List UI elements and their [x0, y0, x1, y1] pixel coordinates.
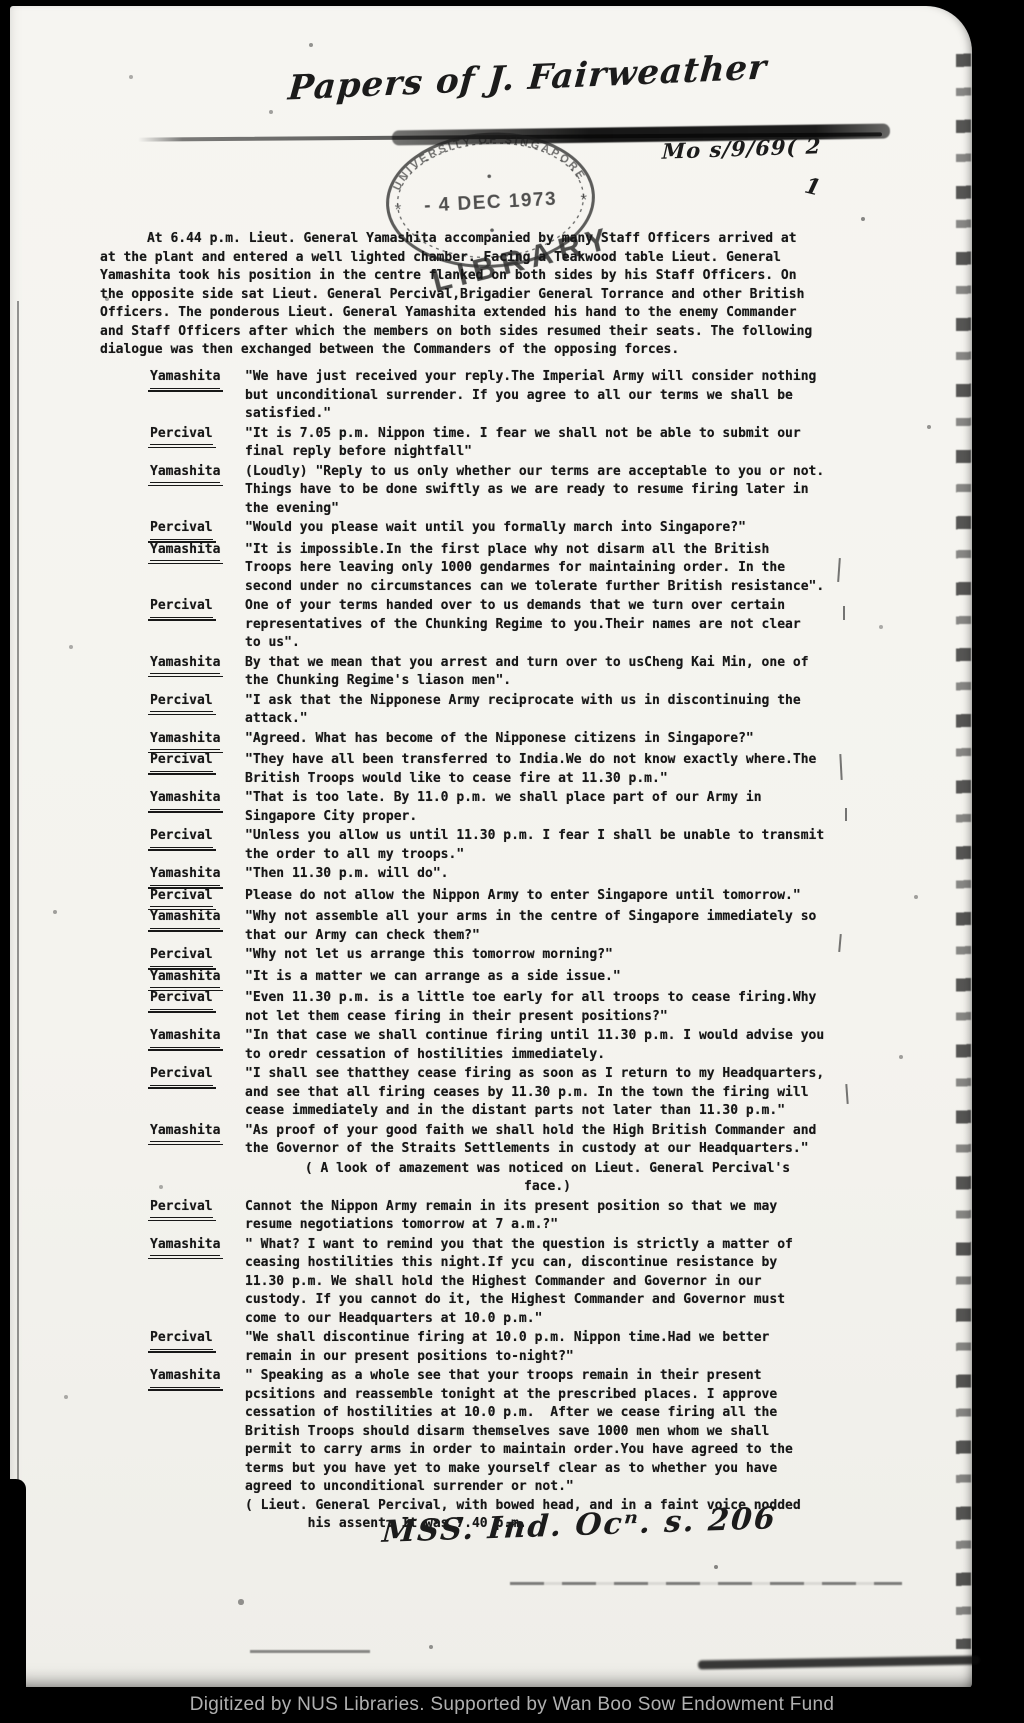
bottom-edge-smudge — [698, 1656, 980, 1670]
speaker-label: Percival — [150, 751, 245, 788]
speaker-label: Percival — [150, 425, 245, 462]
scanned-page-background: { "colors": { "background": "#000000", "… — [0, 0, 1024, 1723]
dialogue-row: PercivalCannot the Nippon Army remain in… — [150, 1198, 850, 1235]
dialogue-row: Percival"Even 11.30 p.m. is a little toe… — [150, 989, 850, 1026]
stamp-right-asterisk: * — [580, 190, 588, 209]
dialogue-text: "We have just received your reply.The Im… — [245, 368, 850, 424]
stamp-arc-text: UNIVERSITY OF SINGAPORE — [389, 129, 589, 193]
speaker-label: Percival — [150, 519, 245, 540]
speaker-label: Yamashita — [150, 865, 245, 886]
dialogue-section: Yamashita"We have just received your rep… — [150, 368, 850, 1535]
dialogue-text: "It is a matter we can arrange as a side… — [245, 968, 850, 989]
stamp-date: - 4 DEC 1973 — [424, 189, 558, 217]
dialogue-row: Yamashita"That is too late. By 11.0 p.m.… — [150, 789, 850, 826]
speaker-spacer — [150, 1160, 245, 1197]
dialogue-row: Percival"It is 7.05 p.m. Nippon time. I … — [150, 425, 850, 462]
dialogue-text: "In that case we shall continue firing u… — [245, 1027, 850, 1064]
dialogue-text: (Loudly) "Reply to us only whether our t… — [245, 463, 850, 519]
speaker-label: Yamashita — [150, 789, 245, 826]
speaker-label: Percival — [150, 1329, 245, 1366]
speaker-label: Yamashita — [150, 1236, 245, 1329]
speaker-label: Yamashita — [150, 654, 245, 691]
dialogue-text: One of your terms handed over to us dema… — [245, 597, 850, 653]
binding-marks — [956, 30, 971, 1649]
dialogue-text: "Agreed. What has become of the Nippones… — [245, 730, 850, 751]
dialogue-row: Yamashita"In that case we shall continue… — [150, 1027, 850, 1064]
dialogue-text: By that we mean that you arrest and turn… — [245, 654, 850, 691]
speaker-label: Percival — [150, 1065, 245, 1121]
dialogue-text: ( A look of amazement was noticed on Lie… — [245, 1160, 850, 1197]
footer-bar: Digitized by NUS Libraries. Supported by… — [0, 1687, 1024, 1723]
speaker-label: Yamashita — [150, 463, 245, 519]
left-margin-line — [17, 301, 19, 1526]
dialogue-row: Percival"Why not let us arrange this tom… — [150, 946, 850, 967]
dialogue-row: Percival"I shall see thatthey cease firi… — [150, 1065, 850, 1121]
dialogue-row: Percival"Unless you allow us until 11.30… — [150, 827, 850, 864]
dialogue-row: Yamashita"As proof of your good faith we… — [150, 1122, 850, 1159]
speaker-label: Yamashita — [150, 1122, 245, 1159]
stamp-library-text: LIBRARY — [429, 220, 618, 299]
speaker-label: Percival — [150, 989, 245, 1026]
ink-specks — [10, 6, 12, 8]
dialogue-text: Please do not allow the Nippon Army to e… — [245, 887, 850, 908]
bottom-edge-smudge-2 — [250, 1650, 370, 1653]
speaker-label: Percival — [150, 1198, 245, 1235]
dialogue-row: ( A look of amazement was noticed on Lie… — [150, 1160, 850, 1197]
stamp-left-asterisk: * — [394, 200, 402, 219]
dialogue-row: Yamashita"It is impossible.In the first … — [150, 541, 850, 597]
dialogue-text: " What? I want to remind you that the qu… — [245, 1236, 850, 1329]
dialogue-row: PercivalPlease do not allow the Nippon A… — [150, 887, 850, 908]
dialogue-text: "It is impossible.In the first place why… — [245, 541, 850, 597]
speaker-label: Yamashita — [150, 968, 245, 989]
dialogue-row: YamashitaBy that we mean that you arrest… — [150, 654, 850, 691]
dialogue-text: "Even 11.30 p.m. is a little toe early f… — [245, 989, 850, 1026]
svg-text:UNIVERSITY OF SINGAPORE: UNIVERSITY OF SINGAPORE — [389, 129, 589, 193]
dialogue-text: "That is too late. By 11.0 p.m. we shall… — [245, 789, 850, 826]
dialogue-row: Yamashita" What? I want to remind you th… — [150, 1236, 850, 1329]
speaker-label: Yamashita — [150, 730, 245, 751]
dialogue-row: PercivalOne of your terms handed over to… — [150, 597, 850, 653]
document-paper: Papers of J. Fairweather Mo s/9/69( 2 1 … — [10, 6, 972, 1689]
dialogue-row: Yamashita"Agreed. What has become of the… — [150, 730, 850, 751]
dialogue-text: "Unless you allow us until 11.30 p.m. I … — [245, 827, 850, 864]
footer-credit: Digitized by NUS Libraries. Supported by… — [0, 1694, 1024, 1716]
dialogue-text: "I shall see thatthey cease firing as so… — [245, 1065, 850, 1121]
speaker-label: Percival — [150, 887, 245, 908]
dialogue-row: Yamashita"Why not assemble all your arms… — [150, 908, 850, 945]
dialogue-row: Percival"Would you please wait until you… — [150, 519, 850, 540]
dialogue-text: "Would you please wait until you formall… — [245, 519, 850, 540]
speaker-label: Percival — [150, 597, 245, 653]
stray-handwritten-mark: 1 — [802, 173, 823, 202]
handwritten-title: Papers of J. Fairweather — [287, 47, 769, 108]
speaker-label: Yamashita — [150, 541, 245, 597]
reference-number: Mo s/9/69( 2 — [662, 133, 822, 164]
speaker-label: Yamashita — [150, 368, 245, 424]
bottom-left-shadow — [10, 1479, 26, 1689]
speaker-label: Yamashita — [150, 1027, 245, 1064]
dialogue-text: "Why not assemble all your arms in the c… — [245, 908, 850, 945]
speaker-label: Yamashita — [150, 1367, 245, 1534]
dialogue-text: "Then 11.30 p.m. will do". — [245, 865, 850, 886]
dialogue-row: Yamashita"It is a matter we can arrange … — [150, 968, 850, 989]
dialogue-text: "We shall discontinue firing at 10.0 p.m… — [245, 1329, 850, 1366]
speaker-label: Yamashita — [150, 908, 245, 945]
dialogue-row: Percival"We shall discontinue firing at … — [150, 1329, 850, 1366]
dialogue-row: Percival"They have all been transferred … — [150, 751, 850, 788]
dialogue-row: Yamashita"Then 11.30 p.m. will do". — [150, 865, 850, 886]
dialogue-text: "As proof of your good faith we shall ho… — [245, 1122, 850, 1159]
dialogue-text: "Why not let us arrange this tomorrow mo… — [245, 946, 850, 967]
speaker-label: Percival — [150, 827, 245, 864]
speaker-label: Percival — [150, 946, 245, 967]
dialogue-text: "I ask that the Nipponese Army reciproca… — [245, 692, 850, 729]
dialogue-text: Cannot the Nippon Army remain in its pre… — [245, 1198, 850, 1235]
library-date-stamp: UNIVERSITY OF SINGAPORE - 4 DEC 1973 * *… — [369, 118, 622, 303]
faint-smudge-line — [510, 1582, 902, 1585]
dialogue-row: Percival"I ask that the Nipponese Army r… — [150, 692, 850, 729]
speaker-label: Percival — [150, 692, 245, 729]
dialogue-row: Yamashita(Loudly) "Reply to us only whet… — [150, 463, 850, 519]
dialogue-text: "They have all been transferred to India… — [245, 751, 850, 788]
dialogue-text: "It is 7.05 p.m. Nippon time. I fear we … — [245, 425, 850, 462]
dialogue-row: Yamashita"We have just received your rep… — [150, 368, 850, 424]
